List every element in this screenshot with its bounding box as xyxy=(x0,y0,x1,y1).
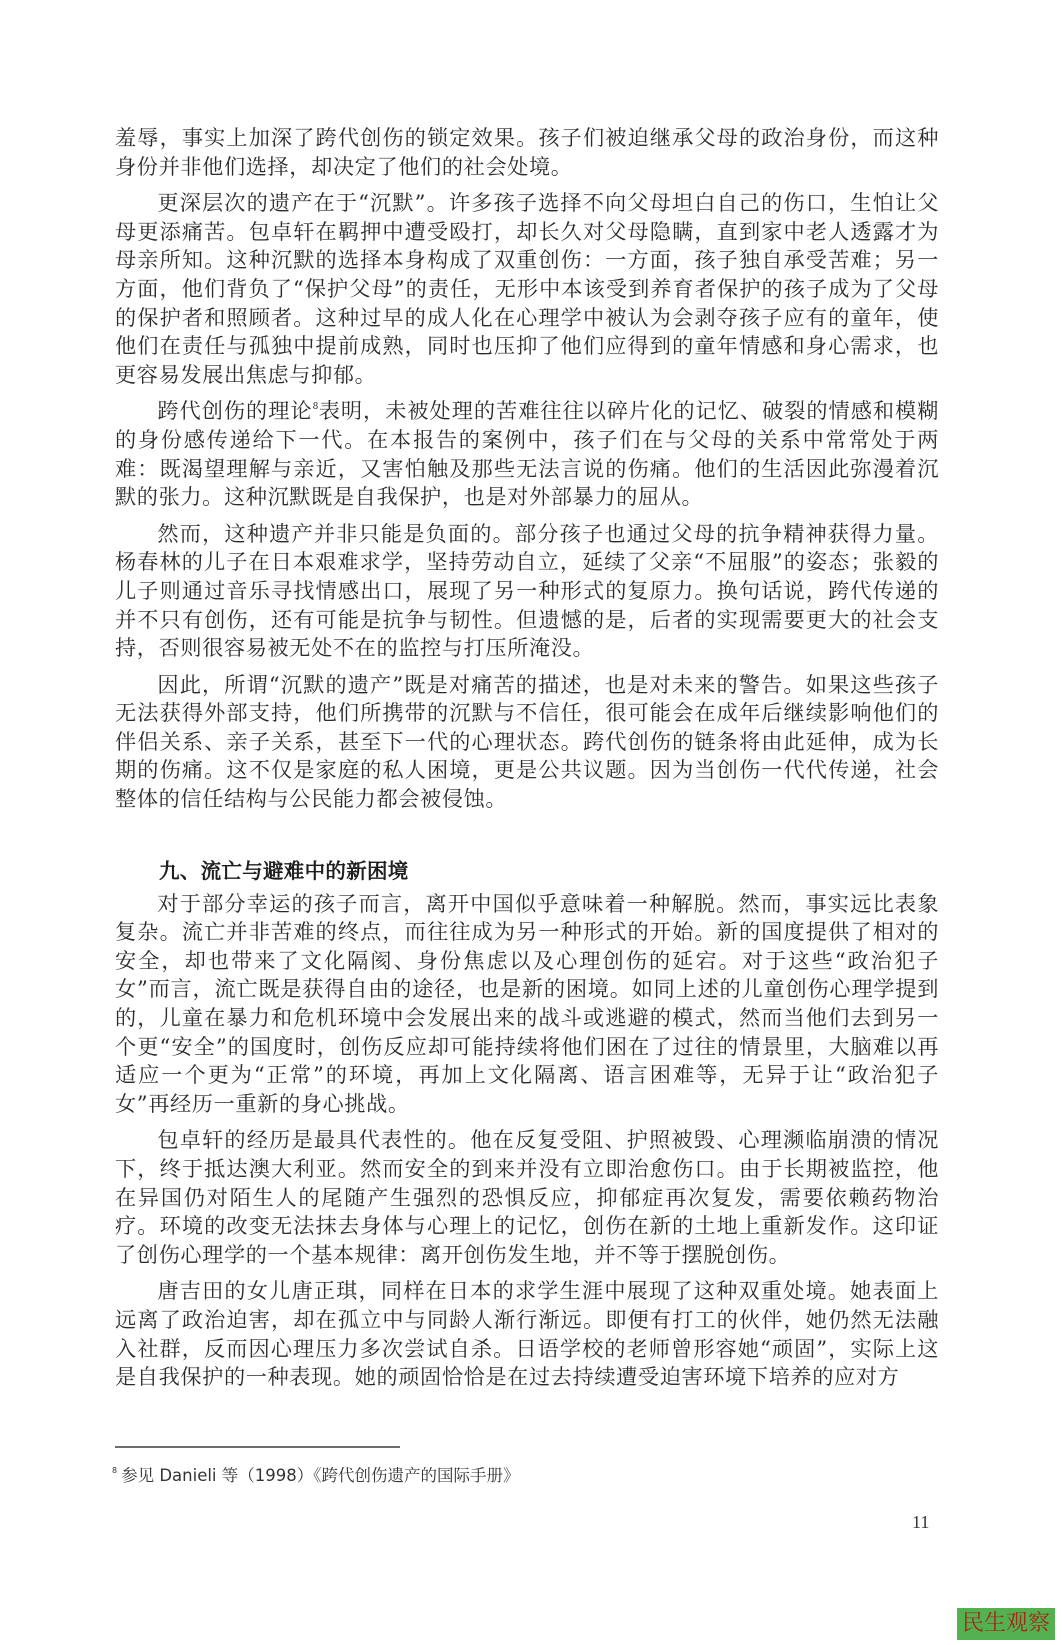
footnote-separator xyxy=(115,1446,400,1448)
paragraph: 羞辱，事实上加深了跨代创伤的锁定效果。孩子们被迫继承父母的政治身份，而这种身份并… xyxy=(115,124,939,181)
section-heading: 九、流亡与避难中的新困境 xyxy=(159,856,939,886)
paragraph: 因此，所谓“沉默的遗产”既是对痛苦的描述，也是对未来的警告。如果这些孩子无法获得… xyxy=(115,671,939,814)
body-text: 羞辱，事实上加深了跨代创伤的锁定效果。孩子们被迫继承父母的政治身份，而这种身份并… xyxy=(115,124,939,1400)
footnote-number: 8 xyxy=(112,1466,117,1475)
watermark-badge: 民生观察 xyxy=(957,1608,1055,1640)
footnote: 8参见 Danieli 等（1998）《跨代创伤遗产的国际手册》 xyxy=(112,1464,520,1488)
document-page: 羞辱，事实上加深了跨代创伤的锁定效果。孩子们被迫继承父母的政治身份，而这种身份并… xyxy=(0,0,1062,1645)
paragraph: 包卓轩的经历是最具代表性的。他在反复受阻、护照被毁、心理濒临崩溃的情况下，终于抵… xyxy=(115,1126,939,1269)
paragraph: 唐吉田的女儿唐正琪，同样在日本的求学生涯中展现了这种双重处境。她表面上远离了政治… xyxy=(115,1277,939,1391)
paragraph: 更深层次的遗产在于“沉默”。许多孩子选择不向父母坦白自己的伤口，生怕让父母更添痛… xyxy=(115,189,939,389)
paragraph: 然而，这种遗产并非只能是负面的。部分孩子也通过父母的抗争精神获得力量。杨春林的儿… xyxy=(115,520,939,663)
paragraph-text-before-ref: 跨代创伤的理论 xyxy=(157,398,312,423)
footnote-text: 参见 Danieli 等（1998）《跨代创伤遗产的国际手册》 xyxy=(121,1466,519,1485)
page-number: 11 xyxy=(912,1509,929,1535)
paragraph: 对于部分幸运的孩子而言，离开中国似乎意味着一种解脱。然而，事实远比表象复杂。流亡… xyxy=(115,890,939,1119)
paragraph-with-footnote-ref: 跨代创伤的理论8表明，未被处理的苦难往往以碎片化的记忆、破裂的情感和模糊的身份感… xyxy=(115,397,939,511)
